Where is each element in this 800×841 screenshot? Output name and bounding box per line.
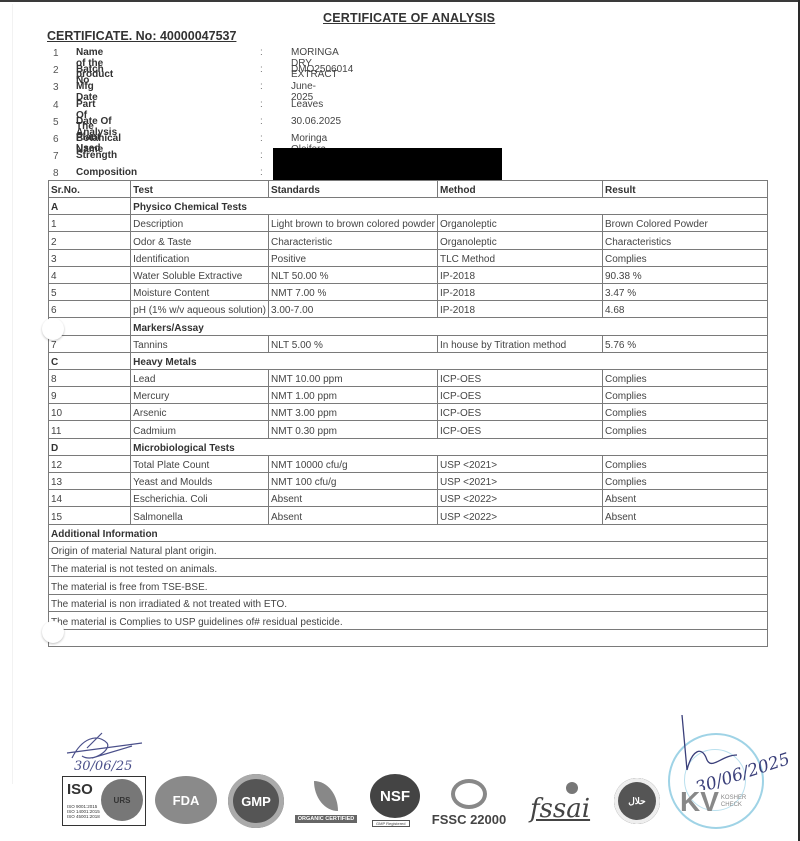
table-cell: In house by Titration method bbox=[438, 335, 603, 352]
table-cell: Light brown to brown colored powder bbox=[269, 215, 438, 232]
table-cell: Arsenic bbox=[131, 404, 269, 421]
additional-info-header: Additional Information bbox=[49, 524, 768, 541]
nsf-subtitle: GMP Registered bbox=[372, 820, 410, 827]
table-cell: 3.00-7.00 bbox=[269, 301, 438, 318]
section-row: Markers/Assay bbox=[49, 318, 768, 335]
table-cell: Lead bbox=[131, 369, 269, 386]
table-cell: Characteristics bbox=[603, 232, 768, 249]
table-cell: IP-2018 bbox=[438, 283, 603, 300]
table-row: 12Total Plate CountNMT 10000 cfu/gUSP <2… bbox=[49, 455, 768, 472]
table-cell: 3 bbox=[49, 249, 131, 266]
info-number: 8 bbox=[53, 168, 59, 179]
table-cell: 7 bbox=[49, 335, 131, 352]
fda-logo: FDA bbox=[155, 776, 217, 824]
info-colon: : bbox=[260, 150, 263, 161]
table-cell: Positive bbox=[269, 249, 438, 266]
table-row: 6pH (1% w/v aqueous solution)3.00-7.00IP… bbox=[49, 301, 768, 318]
halal-logo: حلال bbox=[614, 778, 660, 824]
table-row: 5Moisture ContentNMT 7.00 %IP-20183.47 % bbox=[49, 283, 768, 300]
note-row: The material is free from TSE-BSE. bbox=[49, 576, 768, 594]
table-row: 15SalmonellaAbsentUSP <2022>Absent bbox=[49, 507, 768, 524]
info-colon: : bbox=[260, 167, 263, 178]
urs-seal: URS bbox=[101, 779, 143, 821]
iso-logo: ISO ISO 9001:2015ISO 14001:2015ISO 45001… bbox=[62, 776, 146, 826]
table-cell: ICP-OES bbox=[438, 404, 603, 421]
table-cell: ICP-OES bbox=[438, 421, 603, 438]
table-cell: Complies bbox=[603, 455, 768, 472]
table-cell: Total Plate Count bbox=[131, 455, 269, 472]
note-row: The material is non irradiated & not tre… bbox=[49, 594, 768, 612]
table-cell: USP <2022> bbox=[438, 507, 603, 524]
note-text: The material is Complies to USP guidelin… bbox=[49, 612, 768, 630]
section-row: DMicrobiological Tests bbox=[49, 438, 768, 455]
section-title: Heavy Metals bbox=[131, 352, 768, 369]
table-row: 10ArsenicNMT 3.00 ppmICP-OESComplies bbox=[49, 404, 768, 421]
table-cell: Description bbox=[131, 215, 269, 232]
table-cell: Complies bbox=[603, 249, 768, 266]
table-cell: Salmonella bbox=[131, 507, 269, 524]
table-cell: USP <2021> bbox=[438, 473, 603, 490]
section-title: Physico Chemical Tests bbox=[131, 198, 768, 215]
table-cell: 4 bbox=[49, 266, 131, 283]
section-code: D bbox=[49, 438, 131, 455]
table-cell: Brown Colored Powder bbox=[603, 215, 768, 232]
table-cell: 3.47 % bbox=[603, 283, 768, 300]
info-number: 4 bbox=[53, 100, 59, 111]
organic-certified-logo: ORGANIC CERTIFIED bbox=[294, 778, 358, 826]
table-cell: Water Soluble Extractive bbox=[131, 266, 269, 283]
table-cell: Escherichia. Coli bbox=[131, 490, 269, 507]
analysis-table: Sr.No.TestStandardsMethodResultAPhysico … bbox=[48, 180, 768, 647]
ring-icon bbox=[451, 779, 487, 809]
column-header: Method bbox=[438, 181, 603, 198]
column-header: Result bbox=[603, 181, 768, 198]
table-cell: ICP-OES bbox=[438, 369, 603, 386]
certification-logos: ISO ISO 9001:2015ISO 14001:2015ISO 45001… bbox=[0, 770, 800, 830]
section-row: CHeavy Metals bbox=[49, 352, 768, 369]
table-cell: NMT 0.30 ppm bbox=[269, 421, 438, 438]
nsf-logo: NSF bbox=[370, 774, 420, 818]
table-cell: Complies bbox=[603, 387, 768, 404]
certificate-number: CERTIFICATE. No: 40000047537 bbox=[47, 29, 236, 43]
table-cell: 12 bbox=[49, 455, 131, 472]
iso-standards: ISO 9001:2015ISO 14001:2015ISO 45001:201… bbox=[67, 804, 100, 819]
fssc-22000-logo: FSSC 22000 bbox=[424, 778, 514, 828]
table-cell: 14 bbox=[49, 490, 131, 507]
info-number: 6 bbox=[53, 134, 59, 145]
column-header: Standards bbox=[269, 181, 438, 198]
table-cell: Complies bbox=[603, 369, 768, 386]
table-cell: 90.38 % bbox=[603, 266, 768, 283]
info-colon: : bbox=[260, 133, 263, 144]
table-cell: Mercury bbox=[131, 387, 269, 404]
note-row: The material is Complies to USP guidelin… bbox=[49, 612, 768, 630]
table-cell: 4.68 bbox=[603, 301, 768, 318]
info-value: 30.06.2025 bbox=[291, 116, 341, 127]
table-cell: 5.76 % bbox=[603, 335, 768, 352]
table-cell: Odor & Taste bbox=[131, 232, 269, 249]
info-colon: : bbox=[260, 81, 263, 92]
info-number: 1 bbox=[53, 48, 59, 59]
note-text: The material is not tested on animals. bbox=[49, 559, 768, 577]
info-colon: : bbox=[260, 47, 263, 58]
info-value: Leaves bbox=[291, 99, 323, 110]
table-row: 3IdentificationPositiveTLC MethodComplie… bbox=[49, 249, 768, 266]
note-row: The material is not tested on animals. bbox=[49, 559, 768, 577]
info-value: DMO2506014 bbox=[291, 64, 353, 75]
table-cell: 11 bbox=[49, 421, 131, 438]
table-cell: 1 bbox=[49, 215, 131, 232]
info-colon: : bbox=[260, 99, 263, 110]
table-cell: Organoleptic bbox=[438, 215, 603, 232]
table-cell: NMT 7.00 % bbox=[269, 283, 438, 300]
table-cell: Yeast and Moulds bbox=[131, 473, 269, 490]
note-text: Origin of material Natural plant origin. bbox=[49, 541, 768, 559]
table-cell: Complies bbox=[603, 473, 768, 490]
table-cell: NMT 100 cfu/g bbox=[269, 473, 438, 490]
document-title: CERTIFICATE OF ANALYSIS bbox=[323, 11, 495, 25]
table-cell: NMT 1.00 ppm bbox=[269, 387, 438, 404]
table-cell: Identification bbox=[131, 249, 269, 266]
table-cell: Complies bbox=[603, 421, 768, 438]
info-label: Composition bbox=[76, 167, 137, 178]
table-cell: 2 bbox=[49, 232, 131, 249]
fssai-logo: fssai bbox=[518, 778, 602, 828]
table-row: 4Water Soluble ExtractiveNLT 50.00 %IP-2… bbox=[49, 266, 768, 283]
table-cell: Organoleptic bbox=[438, 232, 603, 249]
table-cell: IP-2018 bbox=[438, 266, 603, 283]
info-colon: : bbox=[260, 116, 263, 127]
table-cell: Cadmium bbox=[131, 421, 269, 438]
table-row: 9MercuryNMT 1.00 ppmICP-OESComplies bbox=[49, 387, 768, 404]
table-cell: NMT 10000 cfu/g bbox=[269, 455, 438, 472]
additional-info-title: Additional Information bbox=[49, 524, 768, 541]
section-code: A bbox=[49, 198, 131, 215]
table-cell: ICP-OES bbox=[438, 387, 603, 404]
table-cell: NMT 10.00 ppm bbox=[269, 369, 438, 386]
table-cell: Absent bbox=[269, 507, 438, 524]
table-cell: NLT 5.00 % bbox=[269, 335, 438, 352]
kosher-check-logo: KV KOSHER CHECK bbox=[680, 784, 750, 820]
punch-hole bbox=[42, 621, 64, 643]
table-row: 8LeadNMT 10.00 ppmICP-OESComplies bbox=[49, 369, 768, 386]
table-header-row: Sr.No.TestStandardsMethodResult bbox=[49, 181, 768, 198]
table-cell: 13 bbox=[49, 473, 131, 490]
table-cell: pH (1% w/v aqueous solution) bbox=[131, 301, 269, 318]
table-cell: USP <2021> bbox=[438, 455, 603, 472]
info-number: 2 bbox=[53, 65, 59, 76]
column-header: Test bbox=[131, 181, 269, 198]
table-cell: IP-2018 bbox=[438, 301, 603, 318]
table-cell: NLT 50.00 % bbox=[269, 266, 438, 283]
section-title: Microbiological Tests bbox=[131, 438, 768, 455]
table-row: 11CadmiumNMT 0.30 ppmICP-OESComplies bbox=[49, 421, 768, 438]
table-row: 7TanninsNLT 5.00 %In house by Titration … bbox=[49, 335, 768, 352]
leaf-icon bbox=[314, 781, 338, 811]
table-row: 14Escherichia. ColiAbsentUSP <2022>Absen… bbox=[49, 490, 768, 507]
section-code: C bbox=[49, 352, 131, 369]
info-label: Strength bbox=[76, 150, 117, 161]
table-cell: NMT 3.00 ppm bbox=[269, 404, 438, 421]
blank-row bbox=[49, 629, 768, 647]
note-row: Origin of material Natural plant origin. bbox=[49, 541, 768, 559]
info-number: 3 bbox=[53, 82, 59, 93]
info-number: 5 bbox=[53, 117, 59, 128]
table-row: 13Yeast and MouldsNMT 100 cfu/gUSP <2021… bbox=[49, 473, 768, 490]
table-cell: 6 bbox=[49, 301, 131, 318]
table-cell: Complies bbox=[603, 404, 768, 421]
page-top-border bbox=[0, 0, 800, 2]
redaction-box bbox=[273, 148, 502, 180]
table-cell: USP <2022> bbox=[438, 490, 603, 507]
table-cell: 10 bbox=[49, 404, 131, 421]
table-cell: Moisture Content bbox=[131, 283, 269, 300]
note-text: The material is free from TSE-BSE. bbox=[49, 576, 768, 594]
note-text: The material is non irradiated & not tre… bbox=[49, 594, 768, 612]
page-left-edge bbox=[12, 4, 13, 784]
table-cell: 8 bbox=[49, 369, 131, 386]
info-colon: : bbox=[260, 64, 263, 75]
table-cell: Absent bbox=[603, 507, 768, 524]
info-number: 7 bbox=[53, 151, 59, 162]
table-cell: Absent bbox=[269, 490, 438, 507]
table-cell: Absent bbox=[603, 490, 768, 507]
table-cell: 9 bbox=[49, 387, 131, 404]
table-cell: Characteristic bbox=[269, 232, 438, 249]
table-cell: 15 bbox=[49, 507, 131, 524]
table-cell: Tannins bbox=[131, 335, 269, 352]
section-title: Markers/Assay bbox=[131, 318, 768, 335]
punch-hole bbox=[42, 318, 64, 340]
gmp-logo: GMP bbox=[228, 774, 284, 828]
table-row: 2Odor & TasteCharacteristicOrganolepticC… bbox=[49, 232, 768, 249]
table-row: 1DescriptionLight brown to brown colored… bbox=[49, 215, 768, 232]
signature-left: 30/06/25 bbox=[62, 728, 152, 773]
section-row: APhysico Chemical Tests bbox=[49, 198, 768, 215]
column-header: Sr.No. bbox=[49, 181, 131, 198]
table-cell: 5 bbox=[49, 283, 131, 300]
table-cell: TLC Method bbox=[438, 249, 603, 266]
